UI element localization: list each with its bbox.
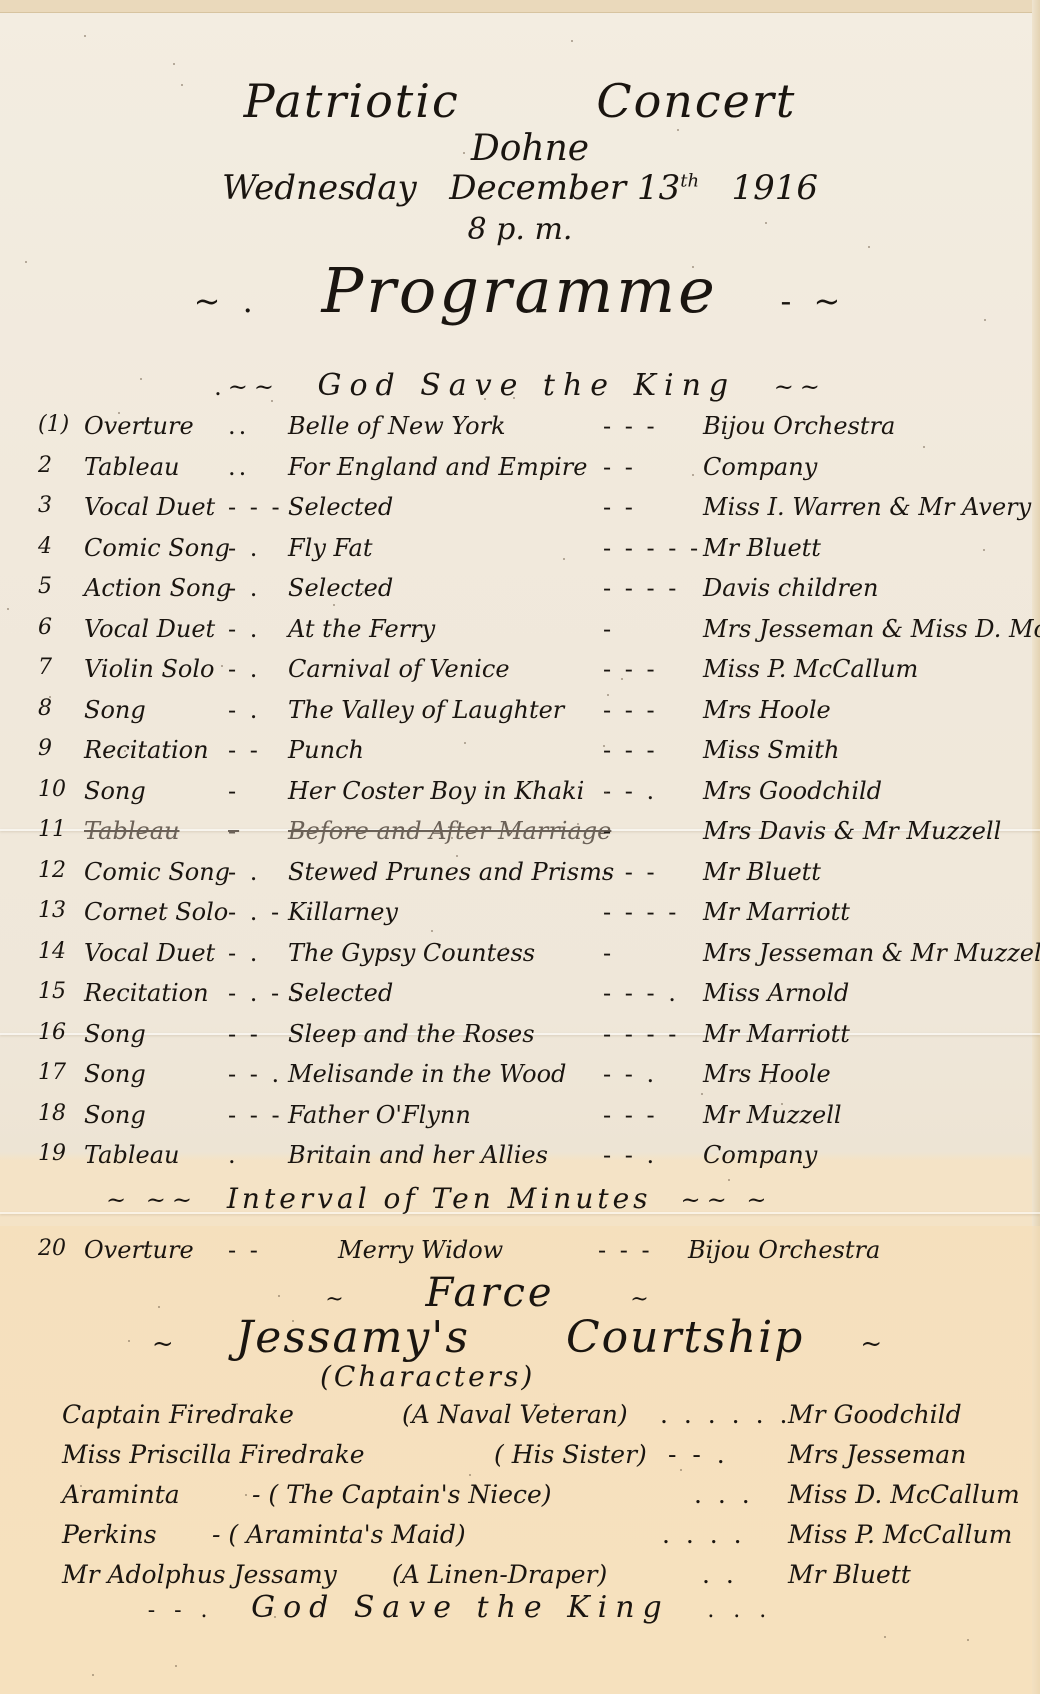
item-separator: - . bbox=[228, 858, 260, 886]
item-number: 14 bbox=[38, 939, 82, 964]
item-piece: For England and Empire bbox=[288, 453, 587, 481]
closing-anthem-text: God Save the King bbox=[251, 1590, 670, 1625]
item-performer: Miss I. Warren & Mr Avery bbox=[703, 493, 1031, 521]
item-number: 8 bbox=[38, 696, 82, 721]
title-word-patriotic: Patriotic bbox=[244, 74, 460, 128]
date-month: December bbox=[449, 168, 626, 208]
paper-speck bbox=[607, 694, 609, 696]
paper-speck bbox=[25, 261, 27, 263]
item-performer: Miss Smith bbox=[703, 736, 840, 764]
interval-notice: ~ ~~ Interval of Ten Minutes ~~ ~ bbox=[90, 1182, 788, 1215]
item-performer: Davis children bbox=[703, 574, 878, 602]
item-piece: Merry Widow bbox=[338, 1236, 503, 1264]
title-word-concert: Concert bbox=[596, 74, 796, 128]
paper-speck bbox=[884, 1636, 886, 1638]
item-number: 16 bbox=[38, 1020, 82, 1045]
paper-speck bbox=[181, 84, 183, 86]
programme-item: 3Vocal Duet- - -Selected- -Miss I. Warre… bbox=[38, 493, 1028, 534]
paper-speck bbox=[603, 745, 605, 747]
paper-speck bbox=[92, 1674, 94, 1676]
item-separator: - - . bbox=[603, 777, 657, 805]
cast-member: Perkins- ( Araminta's Maid). . . .Miss P… bbox=[62, 1520, 1022, 1560]
cast-role: Mr Adolphus Jessamy bbox=[62, 1560, 337, 1589]
item-performer: Mr Bluett bbox=[703, 858, 821, 886]
item-separator: .. bbox=[228, 412, 249, 440]
cast-separator: . . bbox=[702, 1560, 738, 1589]
paper-speck bbox=[769, 1082, 771, 1084]
item-separator: - - - . bbox=[603, 979, 679, 1007]
programme-list: (1)Overture..Belle of New York- - -Bijou… bbox=[38, 412, 1028, 1182]
paper-speck bbox=[456, 855, 458, 857]
farce-title-decoration-right: ~ bbox=[860, 1329, 888, 1359]
item-type: Song bbox=[84, 777, 146, 805]
item-number: 11 bbox=[38, 817, 82, 842]
item-piece: Before and After Marriage bbox=[288, 817, 611, 845]
programme-item: 17Song- - .Melisande in the Wood- - .Mrs… bbox=[38, 1060, 1028, 1101]
cast-member: Captain Firedrake(A Naval Veteran). . . … bbox=[62, 1400, 1022, 1440]
item-type: Recitation bbox=[84, 979, 209, 1007]
item-separator: .. bbox=[228, 453, 249, 481]
farce-title-word-1: Jessamy's bbox=[236, 1312, 470, 1363]
item-number: 19 bbox=[38, 1141, 82, 1166]
item-separator: - . bbox=[228, 655, 260, 683]
paper-speck bbox=[158, 1306, 160, 1308]
item-type: Overture bbox=[84, 1236, 194, 1264]
paper-speck bbox=[221, 665, 223, 667]
paper-speck bbox=[677, 129, 679, 131]
item-piece: Belle of New York bbox=[288, 412, 506, 440]
paper-speck bbox=[464, 742, 466, 744]
item-type: Vocal Duet bbox=[84, 493, 215, 521]
cast-separator: . . . bbox=[694, 1480, 754, 1509]
item-separator: - - - bbox=[603, 1101, 658, 1129]
cast-actor: Mr Goodchild bbox=[788, 1400, 962, 1429]
item-piece: Sleep and the Roses bbox=[288, 1020, 535, 1048]
item-type: Overture bbox=[84, 412, 194, 440]
paper-speck bbox=[868, 246, 870, 248]
programme-item: 8Song- .The Valley of Laughter- - -Mrs H… bbox=[38, 696, 1028, 737]
item-piece: Fly Fat bbox=[288, 534, 373, 562]
item-separator: - bbox=[603, 615, 614, 643]
cast-role-description: ( His Sister) bbox=[494, 1440, 647, 1469]
item-number: 4 bbox=[38, 534, 82, 559]
item-separator: - bbox=[228, 817, 239, 845]
item-type: Cornet Solo bbox=[84, 898, 228, 926]
item-piece: Her Coster Boy in Khaki bbox=[288, 777, 584, 805]
cast-role-description: (A Linen-Draper) bbox=[392, 1560, 607, 1589]
opening-anthem: .~~ God Save the King ~~ bbox=[0, 368, 1040, 403]
item-type: Comic Song bbox=[84, 858, 230, 886]
item-performer: Company bbox=[703, 1141, 817, 1169]
paper-speck bbox=[505, 947, 507, 949]
paper-speck bbox=[553, 1403, 555, 1405]
paper-speck bbox=[781, 1103, 783, 1105]
paper-speck bbox=[84, 35, 86, 37]
item-piece: Punch bbox=[288, 736, 364, 764]
farce-decoration-right: ~ bbox=[630, 1287, 654, 1312]
farce-title: ~ Jessamy's Courtship ~ bbox=[0, 1312, 1040, 1363]
item-piece: At the Ferry bbox=[288, 615, 435, 643]
paper-speck bbox=[274, 1616, 276, 1618]
paper-speck bbox=[292, 1320, 294, 1322]
item-separator: - - - bbox=[603, 655, 658, 683]
item-separator: - - - - bbox=[603, 898, 679, 926]
item-piece: The Gypsy Countess bbox=[288, 939, 535, 967]
item-type: Tableau bbox=[84, 453, 179, 481]
cast-separator: - - . bbox=[668, 1440, 729, 1469]
paper-speck bbox=[765, 222, 767, 224]
paper-speck bbox=[452, 1416, 454, 1418]
event-time: 8 p. m. bbox=[0, 212, 1040, 247]
item-piece: Selected bbox=[288, 979, 393, 1007]
programme-item: 14Vocal Duet- .The Gypsy Countess-Mrs Je… bbox=[38, 939, 1028, 980]
item-number: 3 bbox=[38, 493, 82, 518]
item-piece: Carnival of Venice bbox=[288, 655, 510, 683]
item-type: Vocal Duet bbox=[84, 939, 215, 967]
item-separator: - - bbox=[603, 453, 636, 481]
item-separator: - - . bbox=[228, 1060, 282, 1088]
paper-speck bbox=[278, 1295, 280, 1297]
venue: Dohne bbox=[0, 128, 1040, 169]
paper-speck bbox=[49, 696, 51, 698]
paper-speck bbox=[173, 63, 175, 65]
cast-separator: . . . . bbox=[662, 1520, 746, 1549]
programme-heading: ~ . Programme - ~ bbox=[0, 254, 1040, 327]
item-separator: - . bbox=[228, 615, 260, 643]
cast-role-description: - ( Araminta's Maid) bbox=[212, 1520, 466, 1549]
anthem-decoration-left: .~~ bbox=[214, 373, 280, 401]
cast-member: Araminta- ( The Captain's Niece). . .Mis… bbox=[62, 1480, 1022, 1520]
closing-decoration-right: . . . bbox=[707, 1598, 772, 1623]
item-type: Recitation bbox=[84, 736, 209, 764]
item-separator: - - - bbox=[603, 696, 658, 724]
paper-speck bbox=[7, 608, 9, 610]
cast-role-description: - ( The Captain's Niece) bbox=[252, 1480, 552, 1509]
paper-speck bbox=[605, 792, 607, 794]
paper-speck bbox=[513, 397, 515, 399]
programme-item: 13Cornet Solo- . -Killarney- - - -Mr Mar… bbox=[38, 898, 1028, 939]
paper-speck bbox=[680, 1469, 682, 1471]
programme-item: 12Comic Song- .Stewed Prunes and Prisms-… bbox=[38, 858, 1028, 899]
paper-top-edge bbox=[0, 0, 1040, 13]
item-number: 5 bbox=[38, 574, 82, 599]
programme-item: 11Tableau-Before and After Marriage-Mrs … bbox=[38, 817, 1028, 858]
item-piece: Killarney bbox=[288, 898, 398, 926]
item-performer: Miss Arnold bbox=[703, 979, 849, 1007]
cast-role: Miss Priscilla Firedrake bbox=[62, 1440, 365, 1469]
opening-anthem-text: God Save the King bbox=[317, 368, 736, 403]
paper-speck bbox=[571, 40, 573, 42]
paper-speck bbox=[967, 1639, 969, 1641]
paper-speck bbox=[118, 412, 120, 414]
item-performer: Mrs Jesseman & Miss D. McCallum bbox=[703, 615, 1040, 643]
squiggle-decoration-right: - ~ bbox=[781, 282, 847, 320]
interval-decoration-left: ~ ~~ bbox=[106, 1186, 198, 1214]
programme-item: 16Song- -Sleep and the Roses- - - -Mr Ma… bbox=[38, 1020, 1028, 1061]
item-number: 18 bbox=[38, 1101, 82, 1126]
item-number: 6 bbox=[38, 615, 82, 640]
item-performer: Company bbox=[703, 453, 817, 481]
cast-role: Captain Firedrake bbox=[62, 1400, 294, 1429]
item-performer: Mrs Hoole bbox=[703, 696, 831, 724]
item-separator: - - bbox=[228, 736, 261, 764]
item-number: 17 bbox=[38, 1060, 82, 1085]
item-type: Tableau bbox=[84, 817, 179, 845]
programme-item: 4Comic Song- .Fly Fat- - - - -Mr Bluett bbox=[38, 534, 1028, 575]
item-separator: - - bbox=[228, 1236, 261, 1264]
programme-item: (1)Overture..Belle of New York- - -Bijou… bbox=[38, 412, 1028, 453]
cast-role: Perkins bbox=[62, 1520, 157, 1549]
paper-speck bbox=[463, 152, 465, 154]
item-performer: Bijou Orchestra bbox=[703, 412, 895, 440]
paper-speck bbox=[984, 319, 986, 321]
paper-speck bbox=[983, 549, 985, 551]
item-separator: - - - bbox=[228, 493, 283, 521]
paper-speck bbox=[692, 266, 694, 268]
item-separator: - - bbox=[228, 1020, 261, 1048]
item-number: (1) bbox=[38, 412, 82, 437]
event-date: Wednesday December 13th 1916 bbox=[0, 168, 1040, 208]
item-performer: Mrs Goodchild bbox=[703, 777, 882, 805]
paper-speck bbox=[124, 750, 126, 752]
paper-speck bbox=[236, 1403, 238, 1405]
paper-speck bbox=[459, 393, 461, 395]
item-piece: The Valley of Laughter bbox=[288, 696, 564, 724]
paper-speck bbox=[333, 604, 335, 606]
paper-speck bbox=[271, 400, 273, 402]
item-performer: Mr Marriott bbox=[703, 1020, 850, 1048]
item-type: Song bbox=[84, 1101, 146, 1129]
date-weekday: Wednesday bbox=[222, 168, 417, 208]
item-separator: - - . bbox=[603, 1060, 657, 1088]
cast-actor: Mrs Jesseman bbox=[788, 1440, 966, 1469]
item-piece: Selected bbox=[288, 574, 393, 602]
item-separator: - bbox=[603, 939, 614, 967]
paper-speck bbox=[80, 1485, 82, 1487]
closing-anthem: - - . God Save the King . . . bbox=[0, 1590, 980, 1625]
item-separator: - . bbox=[228, 696, 260, 724]
item-separator: - bbox=[228, 777, 239, 805]
farce-decoration-left: ~ bbox=[325, 1287, 349, 1312]
item-performer: Mrs Hoole bbox=[703, 1060, 831, 1088]
anthem-decoration-right: ~~ bbox=[774, 373, 826, 401]
item-separator: - - - - - bbox=[603, 534, 701, 562]
programme-item: 6Vocal Duet- .At the Ferry-Mrs Jesseman … bbox=[38, 615, 1028, 656]
item-piece: Father O'Flynn bbox=[288, 1101, 471, 1129]
date-day-suffix: th bbox=[680, 171, 699, 192]
item-separator: - . bbox=[228, 574, 260, 602]
item-separator: - . - bbox=[228, 898, 282, 926]
item-type: Violin Solo bbox=[84, 655, 215, 683]
squiggle-decoration-left: ~ . bbox=[194, 282, 259, 320]
cast-separator: . . . . . . bbox=[660, 1400, 791, 1429]
farce-heading: ~ Farce ~ bbox=[0, 1270, 1040, 1316]
item-performer: Mrs Davis & Mr Muzzell bbox=[703, 817, 1001, 845]
date-day: 13 bbox=[637, 168, 680, 208]
date-year: 1916 bbox=[731, 168, 818, 208]
item-performer: Mr Bluett bbox=[703, 534, 821, 562]
paper-speck bbox=[923, 446, 925, 448]
item-number: 12 bbox=[38, 858, 82, 883]
item-piece: Stewed Prunes and Prisms bbox=[288, 858, 614, 886]
item-separator: - - - bbox=[598, 1236, 653, 1264]
programme-heading-text: Programme bbox=[322, 254, 718, 327]
paper-speck bbox=[140, 378, 142, 380]
item-piece: Selected bbox=[288, 493, 393, 521]
document-title: Patriotic Concert bbox=[0, 74, 1040, 128]
programme-item: 9Recitation- -Punch- - -Miss Smith bbox=[38, 736, 1028, 777]
programme-item: 10Song-Her Coster Boy in Khaki- - .Mrs G… bbox=[38, 777, 1028, 818]
paper-speck bbox=[954, 1454, 956, 1456]
item-separator: - - . bbox=[603, 1141, 657, 1169]
item-number: 13 bbox=[38, 898, 82, 923]
paper-speck bbox=[245, 1494, 247, 1496]
item-separator: - - - bbox=[228, 1101, 283, 1129]
programme-item: 5Action Song- .Selected- - - -Davis chil… bbox=[38, 574, 1028, 615]
paper-speck bbox=[621, 678, 623, 680]
cast-list: Captain Firedrake(A Naval Veteran). . . … bbox=[62, 1400, 1022, 1600]
item-type: Song bbox=[84, 1060, 146, 1088]
item-type: Comic Song bbox=[84, 534, 230, 562]
item-separator: - - - - bbox=[603, 574, 679, 602]
item-performer: Miss P. McCallum bbox=[703, 655, 918, 683]
farce-title-decoration-left: ~ bbox=[152, 1329, 180, 1359]
item-type: Song bbox=[84, 1020, 146, 1048]
paper-speck bbox=[469, 1474, 471, 1476]
paper-speck bbox=[82, 1565, 84, 1567]
paper-speck bbox=[728, 1179, 730, 1181]
programme-item: 7Violin Solo- .Carnival of Venice- - -Mi… bbox=[38, 655, 1028, 696]
interval-text: Interval of Ten Minutes bbox=[227, 1182, 652, 1215]
cast-role-description: (A Naval Veteran) bbox=[402, 1400, 628, 1429]
paper-speck bbox=[701, 1093, 703, 1095]
item-performer: Mrs Jesseman & Mr Muzzell bbox=[703, 939, 1040, 967]
item-separator: - . bbox=[228, 534, 260, 562]
farce-label: Farce bbox=[425, 1270, 554, 1316]
paper-speck bbox=[362, 591, 364, 593]
item-number: 9 bbox=[38, 736, 82, 761]
item-type: Tableau bbox=[84, 1141, 179, 1169]
paper-speck bbox=[431, 930, 433, 932]
item-type: Song bbox=[84, 696, 146, 724]
item-separator: - - - bbox=[603, 736, 658, 764]
paper-speck bbox=[692, 474, 694, 476]
item-type: Action Song bbox=[84, 574, 231, 602]
programme-item: 18Song- - -Father O'Flynn- - -Mr Muzzell bbox=[38, 1101, 1028, 1142]
paper-speck bbox=[175, 1665, 177, 1667]
paper-speck bbox=[577, 823, 579, 825]
programme-item: 2Tableau..For England and Empire- -Compa… bbox=[38, 453, 1028, 494]
item-separator: - . bbox=[228, 939, 260, 967]
item-separator: . bbox=[228, 1141, 239, 1169]
cast-actor: Miss P. McCallum bbox=[788, 1520, 1012, 1549]
cast-actor: Mr Bluett bbox=[788, 1560, 911, 1589]
paper-speck bbox=[451, 837, 453, 839]
item-number: 15 bbox=[38, 979, 82, 1004]
item-performer: Mr Muzzell bbox=[703, 1101, 842, 1129]
item-separator: - bbox=[603, 817, 614, 845]
item-separator: - - - - bbox=[603, 1020, 679, 1048]
paper-speck bbox=[706, 1245, 708, 1247]
item-number: 2 bbox=[38, 453, 82, 478]
cast-actor: Miss D. McCallum bbox=[788, 1480, 1020, 1509]
farce-title-word-2: Courtship bbox=[566, 1312, 804, 1363]
item-performer: Mr Marriott bbox=[703, 898, 850, 926]
paper-speck bbox=[128, 1340, 130, 1342]
programme-item: 15Recitation- . - .Selected- - - .Miss A… bbox=[38, 979, 1028, 1020]
item-type: Vocal Duet bbox=[84, 615, 215, 643]
item-separator: - - - bbox=[603, 412, 658, 440]
characters-label: (Characters) bbox=[320, 1360, 535, 1393]
item-piece: Britain and her Allies bbox=[288, 1141, 548, 1169]
cast-member: Miss Priscilla Firedrake( His Sister)- -… bbox=[62, 1440, 1022, 1480]
paper-speck bbox=[484, 398, 486, 400]
paper-speck bbox=[563, 558, 565, 560]
interval-decoration-right: ~~ ~ bbox=[680, 1186, 772, 1214]
item-separator: - - bbox=[603, 493, 636, 521]
item-number: 20 bbox=[38, 1236, 82, 1261]
closing-decoration-left: - - . bbox=[148, 1598, 214, 1623]
item-number: 7 bbox=[38, 655, 82, 680]
programme-item: 19Tableau.Britain and her Allies- - .Com… bbox=[38, 1141, 1028, 1182]
item-number: 10 bbox=[38, 777, 82, 802]
item-performer: Bijou Orchestra bbox=[688, 1236, 880, 1264]
item-separator: - - - bbox=[603, 858, 658, 886]
item-piece: Melisande in the Wood bbox=[288, 1060, 566, 1088]
